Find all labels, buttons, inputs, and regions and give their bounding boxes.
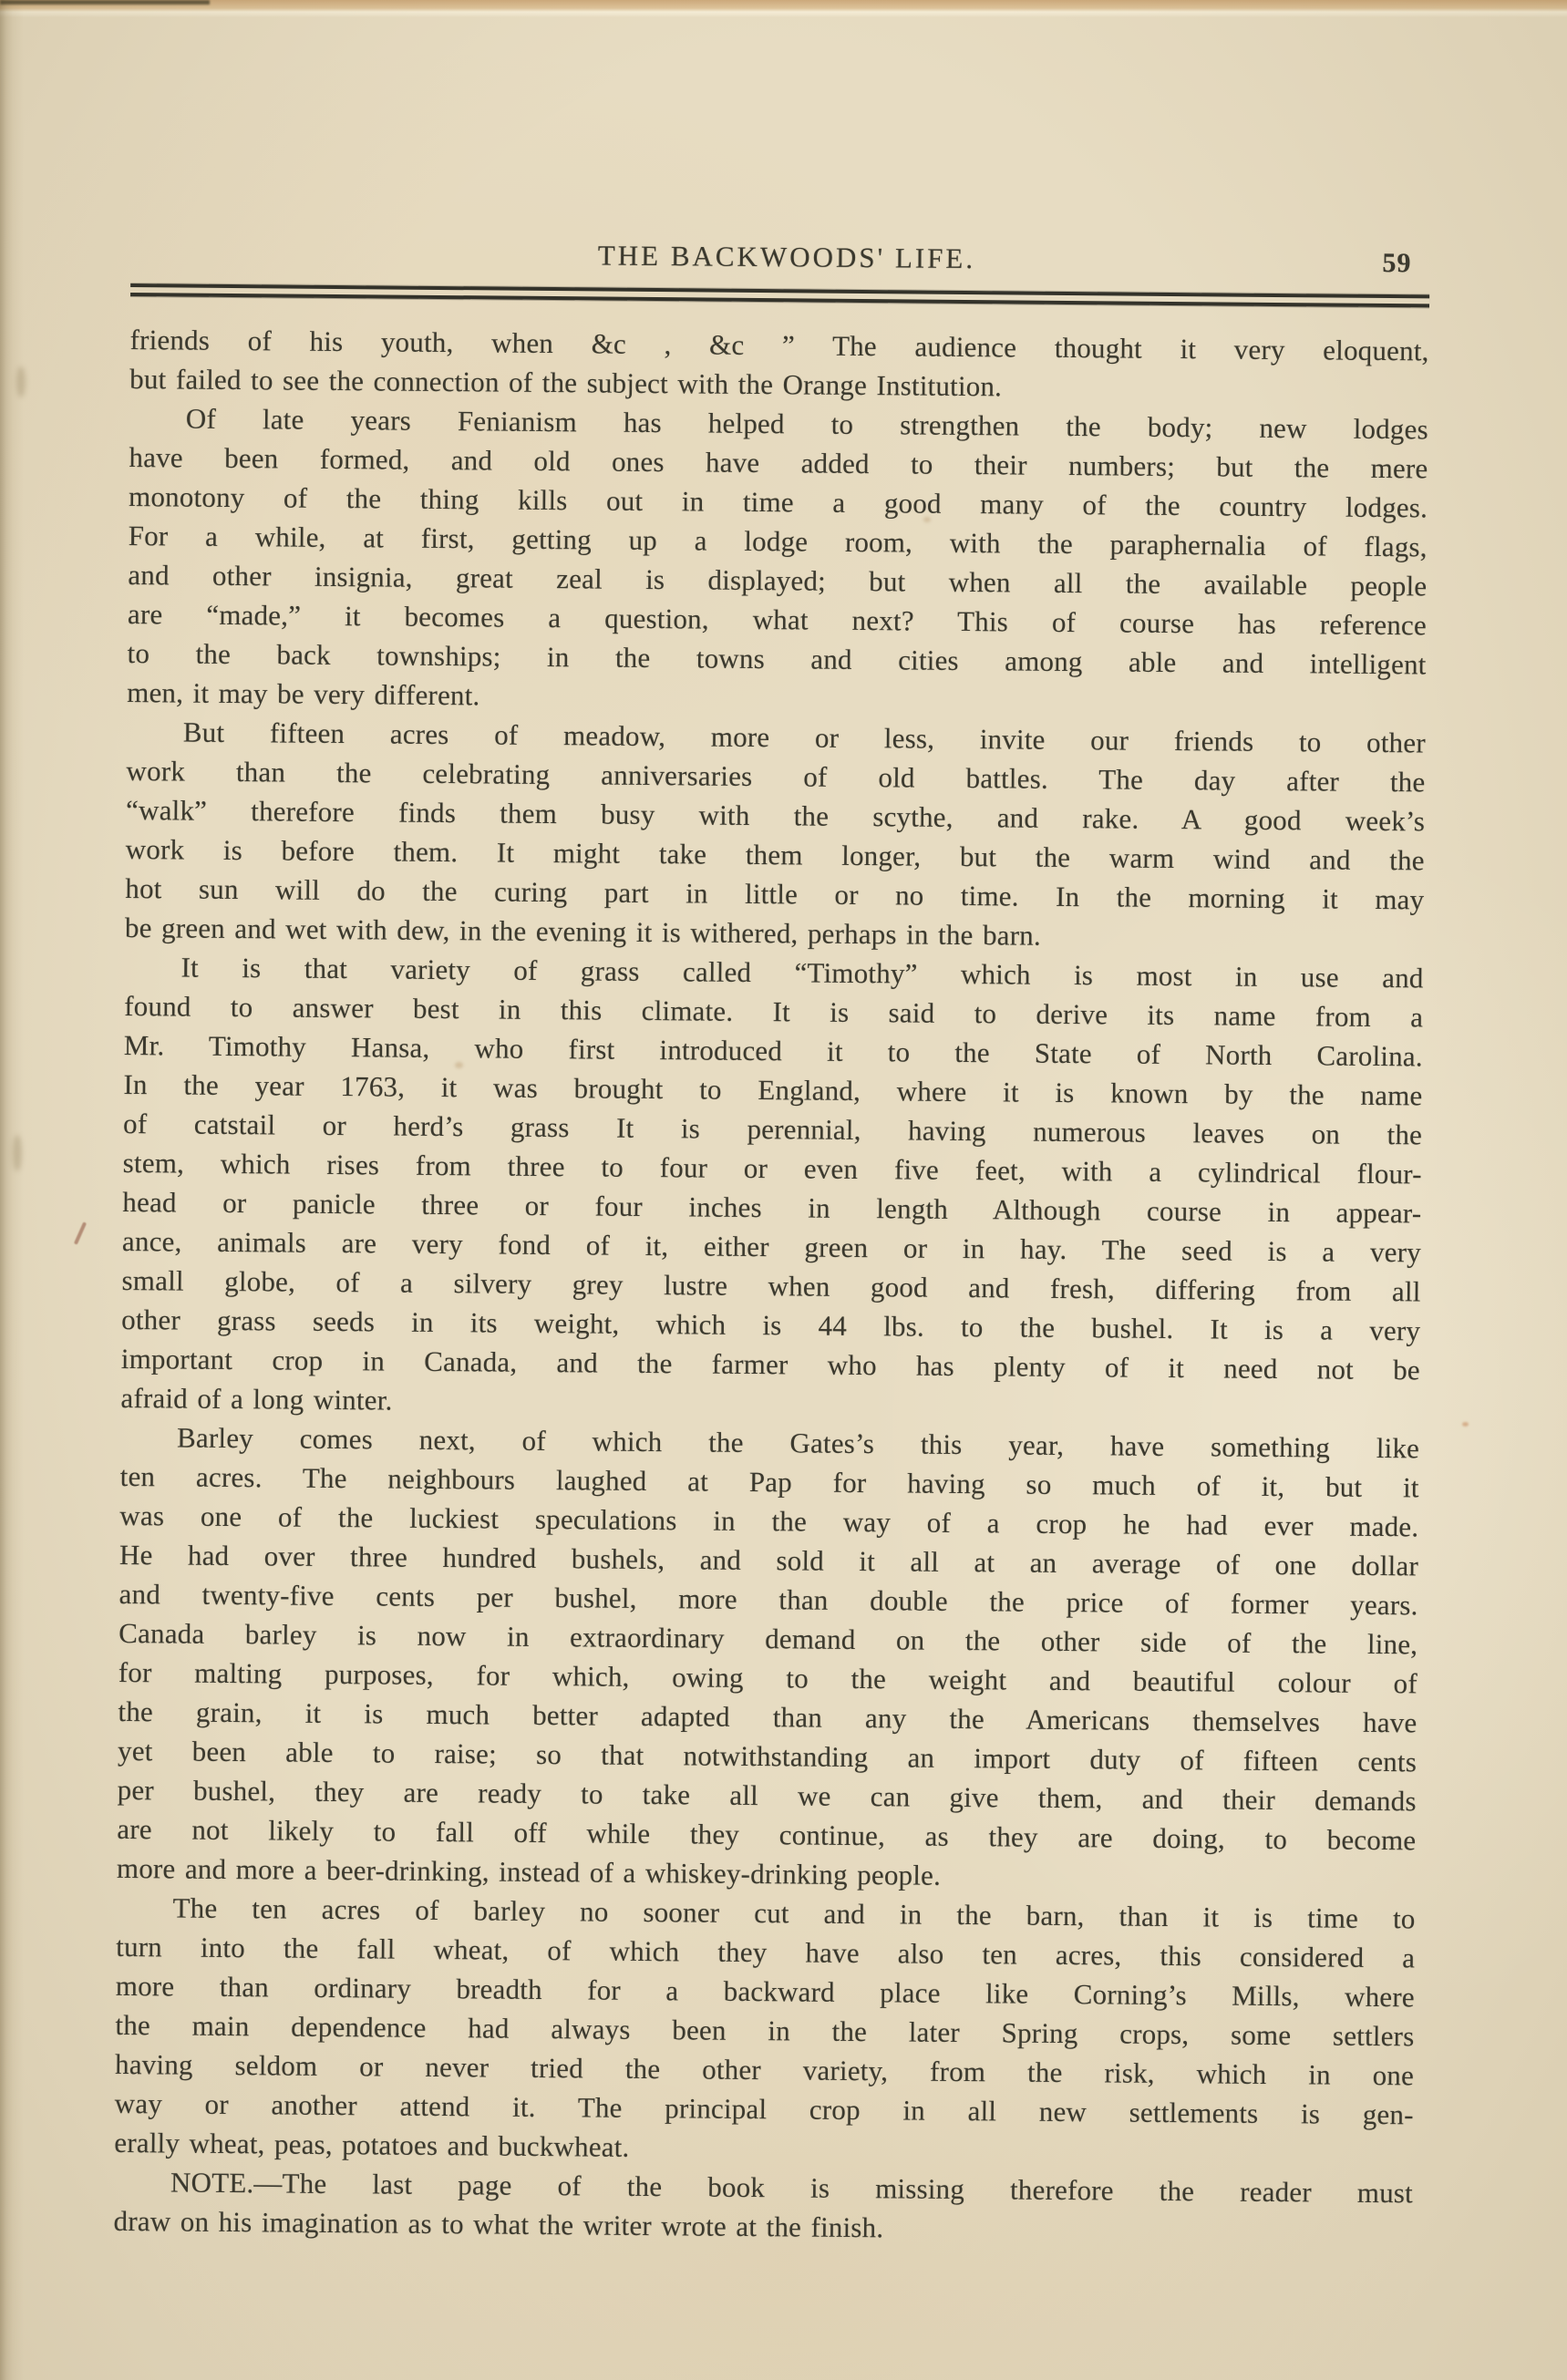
scanned-book-page: THE BACKWOODS' LIFE. 59 friends of his y… — [0, 0, 1567, 2380]
page-number: 59 — [1382, 248, 1411, 279]
ink-speck — [74, 1221, 87, 1244]
header-double-rule — [130, 283, 1429, 307]
page-content: THE BACKWOODS' LIFE. 59 friends of his y… — [113, 0, 1431, 2251]
running-title: THE BACKWOODS' LIFE. — [130, 235, 1429, 279]
page-header: THE BACKWOODS' LIFE. 59 — [130, 235, 1429, 286]
page-edge-shadow — [16, 366, 26, 397]
page-edge-shadow — [13, 1135, 22, 1171]
ink-speck — [1462, 1422, 1469, 1427]
page-text: friends of his youth, when &c , &c ” The… — [113, 320, 1428, 2251]
